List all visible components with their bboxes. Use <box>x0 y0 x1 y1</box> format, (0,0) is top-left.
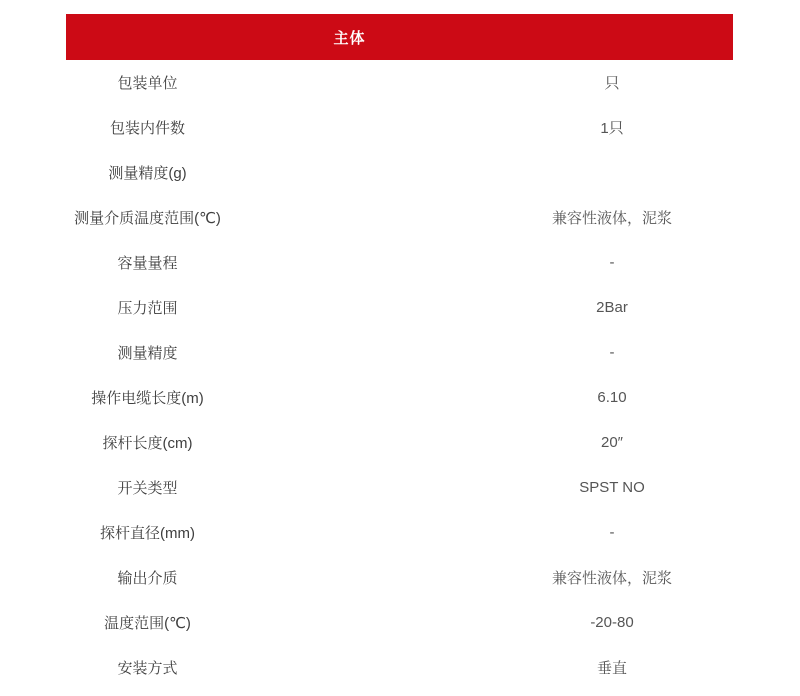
spec-label: 包装内件数 <box>66 117 229 138</box>
spec-value: - <box>491 254 733 271</box>
spec-label: 测量精度(g) <box>66 162 229 183</box>
spec-value: - <box>491 344 733 361</box>
section-header-bar: 主体 <box>66 14 733 60</box>
spec-value: 垂直 <box>491 657 733 678</box>
spec-value: 2Bar <box>491 299 733 316</box>
spec-label: 测量精度 <box>66 342 229 363</box>
spec-value: SPST NO <box>491 479 733 496</box>
spec-label: 容量量程 <box>66 252 229 273</box>
spec-value: - <box>491 524 733 541</box>
spec-label: 压力范围 <box>66 297 229 318</box>
spec-label: 温度范围(℃) <box>66 612 229 633</box>
spec-label: 输出介质 <box>66 567 229 588</box>
spec-row: 操作电缆长度(m) 6.10 <box>66 375 733 420</box>
spec-label: 测量介质温度范围(℃) <box>66 207 229 228</box>
spec-section: 主体 包装单位 只 包装内件数 1只 测量精度(g) 测量介质温度范围(℃) 兼… <box>66 14 733 690</box>
spec-row: 包装内件数 1只 <box>66 105 733 150</box>
product-spec-page: 主体 包装单位 只 包装内件数 1只 测量精度(g) 测量介质温度范围(℃) 兼… <box>0 0 800 696</box>
spec-label: 开关类型 <box>66 477 229 498</box>
spec-row: 压力范围 2Bar <box>66 285 733 330</box>
spec-label: 探杆长度(cm) <box>66 432 229 453</box>
spec-label: 探杆直径(mm) <box>66 522 229 543</box>
spec-value: -20-80 <box>491 614 733 631</box>
spec-row: 测量精度 - <box>66 330 733 375</box>
spec-row: 安装方式 垂直 <box>66 645 733 690</box>
spec-value: 只 <box>491 72 733 93</box>
spec-row: 开关类型 SPST NO <box>66 465 733 510</box>
spec-row: 探杆直径(mm) - <box>66 510 733 555</box>
spec-row: 探杆长度(cm) 20″ <box>66 420 733 465</box>
spec-label: 安装方式 <box>66 657 229 678</box>
spec-table: 包装单位 只 包装内件数 1只 测量精度(g) 测量介质温度范围(℃) 兼容性液… <box>66 60 733 690</box>
spec-value: 20″ <box>491 434 733 451</box>
spec-row: 容量量程 - <box>66 240 733 285</box>
spec-row: 包装单位 只 <box>66 60 733 105</box>
spec-row: 输出介质 兼容性液体，泥浆 <box>66 555 733 600</box>
spec-value: 兼容性液体，泥浆 <box>491 207 733 228</box>
spec-value: 兼容性液体，泥浆 <box>491 567 733 588</box>
section-title: 主体 <box>333 27 365 48</box>
spec-row: 测量精度(g) <box>66 150 733 195</box>
spec-label: 包装单位 <box>66 72 229 93</box>
spec-value: 1只 <box>491 117 733 138</box>
spec-row: 温度范围(℃) -20-80 <box>66 600 733 645</box>
spec-row: 测量介质温度范围(℃) 兼容性液体，泥浆 <box>66 195 733 240</box>
spec-label: 操作电缆长度(m) <box>66 387 229 408</box>
spec-value: 6.10 <box>491 389 733 406</box>
